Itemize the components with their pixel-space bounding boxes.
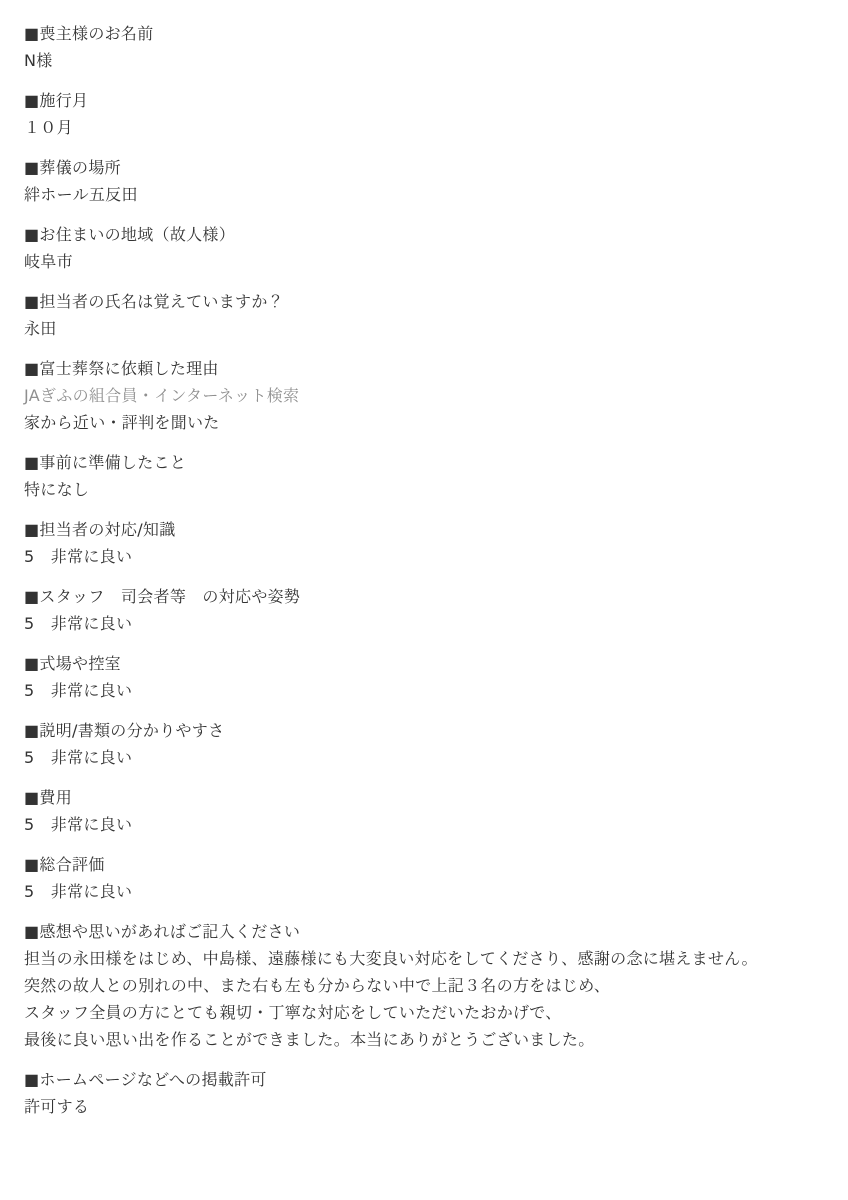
- question-label: ■総合評価: [24, 851, 824, 878]
- answer-text: １０月: [24, 114, 824, 141]
- question-label: ■ホームページなどへの掲載許可: [24, 1066, 824, 1093]
- answer-text: 5 非常に良い: [24, 811, 824, 838]
- survey-section: ■事前に準備したこと 特になし: [24, 449, 824, 503]
- question-label: ■施行月: [24, 87, 824, 114]
- question-label: ■式場や控室: [24, 650, 824, 677]
- answer-text: N様: [24, 47, 824, 74]
- survey-response-document: ■喪主様のお名前 N様 ■施行月 １０月 ■葬儀の場所 絆ホール五反田 ■お住ま…: [0, 0, 848, 1120]
- answer-text: 永田: [24, 315, 824, 342]
- survey-section: ■葬儀の場所 絆ホール五反田: [24, 154, 824, 208]
- question-label: ■担当者の氏名は覚えていますか？: [24, 288, 824, 315]
- answer-text: 5 非常に良い: [24, 878, 824, 905]
- survey-section: ■喪主様のお名前 N様: [24, 20, 824, 74]
- survey-section: ■感想や思いがあればご記入ください 担当の永田様をはじめ、中島様、遠藤様にも大変…: [24, 918, 824, 1053]
- question-label: ■スタッフ 司会者等 の対応や姿勢: [24, 583, 824, 610]
- question-label: ■葬儀の場所: [24, 154, 824, 181]
- answer-text: 5 非常に良い: [24, 744, 824, 771]
- answer-text: 最後に良い思い出を作ることができました。本当にありがとうございました。: [24, 1026, 824, 1053]
- survey-section: ■費用 5 非常に良い: [24, 784, 824, 838]
- survey-section: ■式場や控室 5 非常に良い: [24, 650, 824, 704]
- question-label: ■担当者の対応/知識: [24, 516, 824, 543]
- question-label: ■喪主様のお名前: [24, 20, 824, 47]
- answer-text: 担当の永田様をはじめ、中島様、遠藤様にも大変良い対応をしてくださり、感謝の念に堪…: [24, 945, 824, 972]
- question-label: ■感想や思いがあればご記入ください: [24, 918, 824, 945]
- answer-text: 特になし: [24, 476, 824, 503]
- survey-section: ■富士葬祭に依頼した理由 JAぎふの組合員・インターネット検索家から近い・評判を…: [24, 355, 824, 436]
- answer-text: 家から近い・評判を聞いた: [24, 409, 824, 436]
- survey-section: ■総合評価 5 非常に良い: [24, 851, 824, 905]
- survey-section: ■担当者の氏名は覚えていますか？ 永田: [24, 288, 824, 342]
- answer-text: 許可する: [24, 1093, 824, 1120]
- answer-text: 岐阜市: [24, 248, 824, 275]
- survey-section: ■担当者の対応/知識 5 非常に良い: [24, 516, 824, 570]
- question-label: ■費用: [24, 784, 824, 811]
- answer-text: 5 非常に良い: [24, 610, 824, 637]
- answer-text: 突然の故人との別れの中、また右も左も分からない中で上記３名の方をはじめ、: [24, 972, 824, 999]
- survey-section: ■お住まいの地域（故人様） 岐阜市: [24, 221, 824, 275]
- answer-text: 5 非常に良い: [24, 677, 824, 704]
- answer-text-muted: JAぎふの組合員・インターネット検索: [24, 382, 824, 409]
- answer-text: 5 非常に良い: [24, 543, 824, 570]
- survey-section: ■ホームページなどへの掲載許可 許可する: [24, 1066, 824, 1120]
- survey-section: ■施行月 １０月: [24, 87, 824, 141]
- answer-text: 絆ホール五反田: [24, 181, 824, 208]
- question-label: ■お住まいの地域（故人様）: [24, 221, 824, 248]
- question-label: ■富士葬祭に依頼した理由: [24, 355, 824, 382]
- survey-section: ■説明/書類の分かりやすさ 5 非常に良い: [24, 717, 824, 771]
- question-label: ■事前に準備したこと: [24, 449, 824, 476]
- question-label: ■説明/書類の分かりやすさ: [24, 717, 824, 744]
- survey-section: ■スタッフ 司会者等 の対応や姿勢 5 非常に良い: [24, 583, 824, 637]
- answer-text: スタッフ全員の方にとても親切・丁寧な対応をしていただいたおかげで、: [24, 999, 824, 1026]
